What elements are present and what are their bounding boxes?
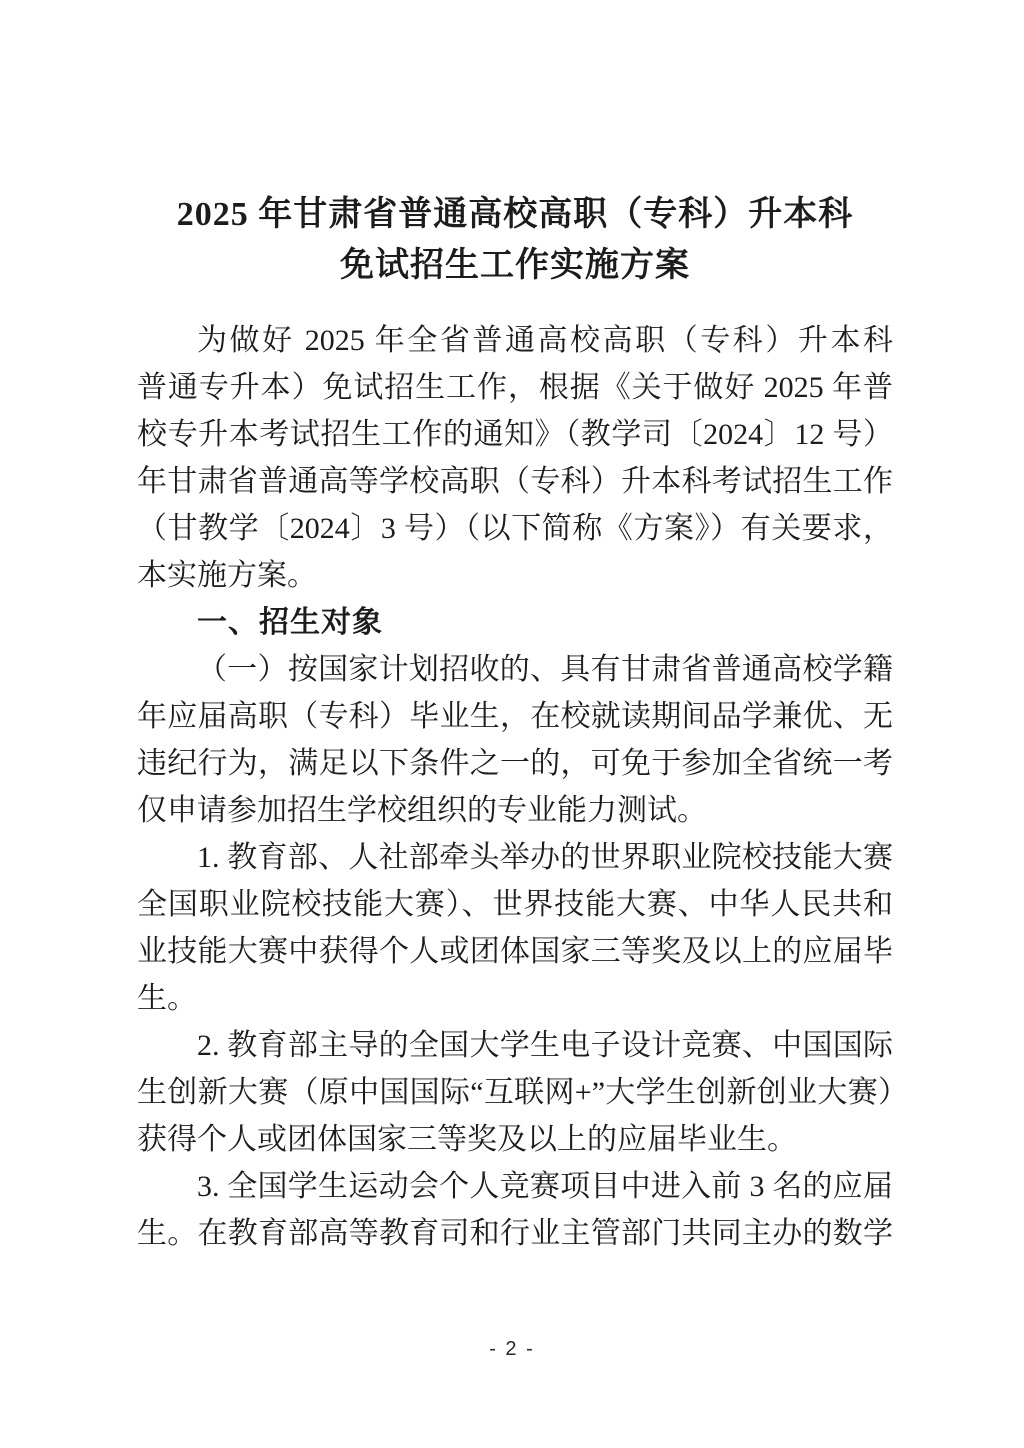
section-heading: 一、招生对象 <box>137 599 893 646</box>
document-body: 为做好 2025 年全省普通高校高职（专科）升本科（以下简称普通专升本）免试招生… <box>137 317 893 1257</box>
text-line: 2. 教育部主导的全国大学生电子设计竞赛、中国国际大学 <box>137 1022 893 1069</box>
page-number-footer: - 2 - <box>0 1338 1024 1361</box>
text-line: 普通专升本）免试招生工作，根据《关于做好 2025 年普通高等学 <box>137 364 893 411</box>
text-line: 生创新大赛（原中国国际“互联网+”大学生创新创业大赛）中 <box>137 1069 893 1116</box>
text-line: 本实施方案。 <box>137 552 893 599</box>
text-line: 生。 <box>137 975 893 1022</box>
text-line: 仅申请参加招生学校组织的专业能力测试。 <box>137 787 893 834</box>
document-page: 2025 年甘肃省普通高校高职（专科）升本科 免试招生工作实施方案 为做好 20… <box>0 0 1024 1448</box>
text-line: 1. 教育部、人社部牵头举办的世界职业院校技能大赛（原 <box>137 834 893 881</box>
text-line: 获得个人或团体国家三等奖及以上的应届毕业生。 <box>137 1116 893 1163</box>
text-line: （甘教学〔2024〕3 号）（以下简称《方案》）有关要求，特制定 <box>137 505 893 552</box>
text-line: 违纪行为，满足以下条件之一的，可免于参加全省统一考试， <box>137 740 893 787</box>
text-line: 校专升本考试招生工作的通知》（教学司〔2024〕12 号）和《2025 <box>137 411 893 458</box>
text-line: 生。在教育部高等教育司和行业主管部门共同主办的数学建模 <box>137 1210 893 1257</box>
text-line: 年应届高职（专科）毕业生，在校就读期间品学兼优、无违法 <box>137 693 893 740</box>
text-line: 为做好 2025 年全省普通高校高职（专科）升本科（以下简称 <box>137 317 893 364</box>
text-line: （一）按国家计划招收的、具有甘肃省普通高校学籍的 2025 <box>137 646 893 693</box>
title-line-1: 2025 年甘肃省普通高校高职（专科）升本科 <box>137 189 893 240</box>
title-line-2: 免试招生工作实施方案 <box>137 240 893 291</box>
text-line: 业技能大赛中获得个人或团体国家三等奖及以上的应届毕业 <box>137 928 893 975</box>
text-line: 年甘肃省普通高等学校高职（专科）升本科考试招生工作方案》 <box>137 458 893 505</box>
document-title: 2025 年甘肃省普通高校高职（专科）升本科 免试招生工作实施方案 <box>137 189 893 291</box>
text-line: 全国职业院校技能大赛）、世界技能大赛、中华人民共和国职 <box>137 881 893 928</box>
text-line: 3. 全国学生运动会个人竞赛项目中进入前 3 名的应届毕业 <box>137 1163 893 1210</box>
